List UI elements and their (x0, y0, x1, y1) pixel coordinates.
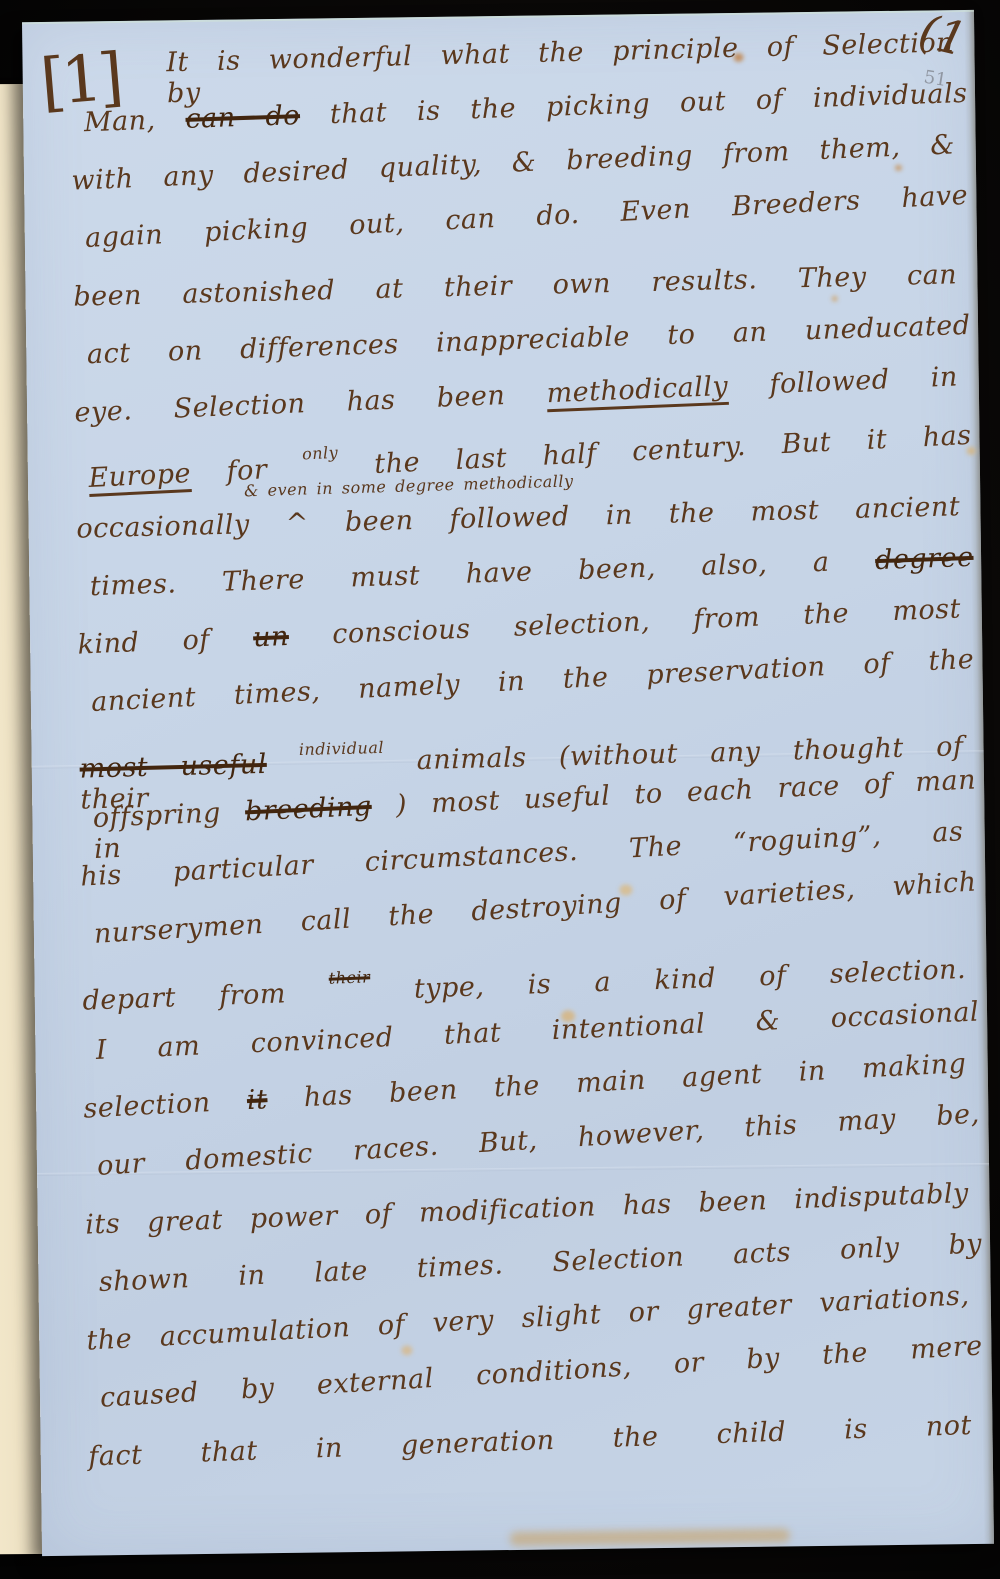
handwritten-text: followed in (769, 361, 959, 400)
struck-text: un (253, 621, 290, 653)
struck-text: most useful (79, 749, 267, 785)
handwritten-text: offspring (92, 797, 221, 834)
struck-text: breeding (244, 791, 372, 827)
inserted-struck-text: their (328, 967, 370, 987)
handwritten-text: Man, (83, 105, 156, 138)
handwritten-text: selection (83, 1087, 212, 1125)
struck-text: degree (875, 542, 974, 576)
underlined-text: Europe (88, 458, 192, 494)
interlinear-inserted-text: only (302, 443, 339, 464)
struck-text: it (246, 1084, 268, 1116)
handwritten-text: depart from (82, 978, 286, 1016)
handwritten-text: type, is a kind of selection. (413, 954, 966, 1005)
manuscript-text-block: It is wonderful what the principle of Se… (70, 38, 973, 1499)
foxing-bottom-edge (510, 1528, 790, 1546)
handwritten-text: kind of (77, 624, 210, 660)
struck-text: can do (185, 100, 301, 135)
interlinear-inserted-text: individual (299, 738, 385, 759)
underlined-text: methodically (546, 371, 729, 409)
manuscript-page: [1] (1 51 It is wonderful what the princ… (22, 10, 994, 1556)
